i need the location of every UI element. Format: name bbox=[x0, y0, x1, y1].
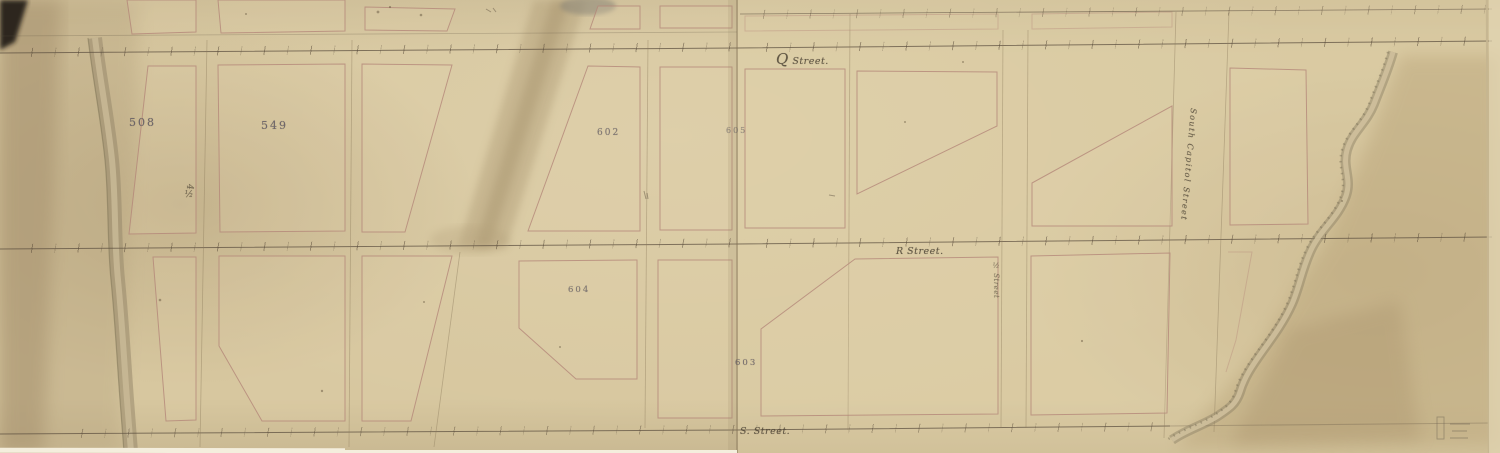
block-sliver bbox=[365, 7, 455, 31]
block-outline bbox=[153, 257, 196, 421]
sheet-seam bbox=[728, 0, 738, 453]
block-outline-605 bbox=[745, 69, 845, 228]
block-sliver bbox=[590, 6, 640, 29]
bottom-edge-sliver bbox=[0, 448, 345, 453]
block-sliver bbox=[218, 0, 345, 33]
block-outline-508 bbox=[129, 66, 196, 234]
block-sliver bbox=[660, 6, 732, 28]
block-outline bbox=[660, 67, 732, 230]
plat-map-sheet: Q Street. R Street. S. Street. South Cap… bbox=[0, 0, 1500, 453]
block-sliver bbox=[127, 0, 196, 34]
block-outline bbox=[1230, 68, 1308, 225]
block-outline bbox=[219, 256, 345, 421]
block-outline-549 bbox=[218, 64, 345, 232]
block-outline-604 bbox=[519, 260, 637, 379]
block-outline bbox=[362, 256, 452, 421]
block-outline bbox=[1031, 253, 1170, 415]
map-drawing bbox=[0, 0, 1500, 453]
block-outline bbox=[362, 64, 452, 232]
block-outline-603 bbox=[658, 260, 732, 418]
